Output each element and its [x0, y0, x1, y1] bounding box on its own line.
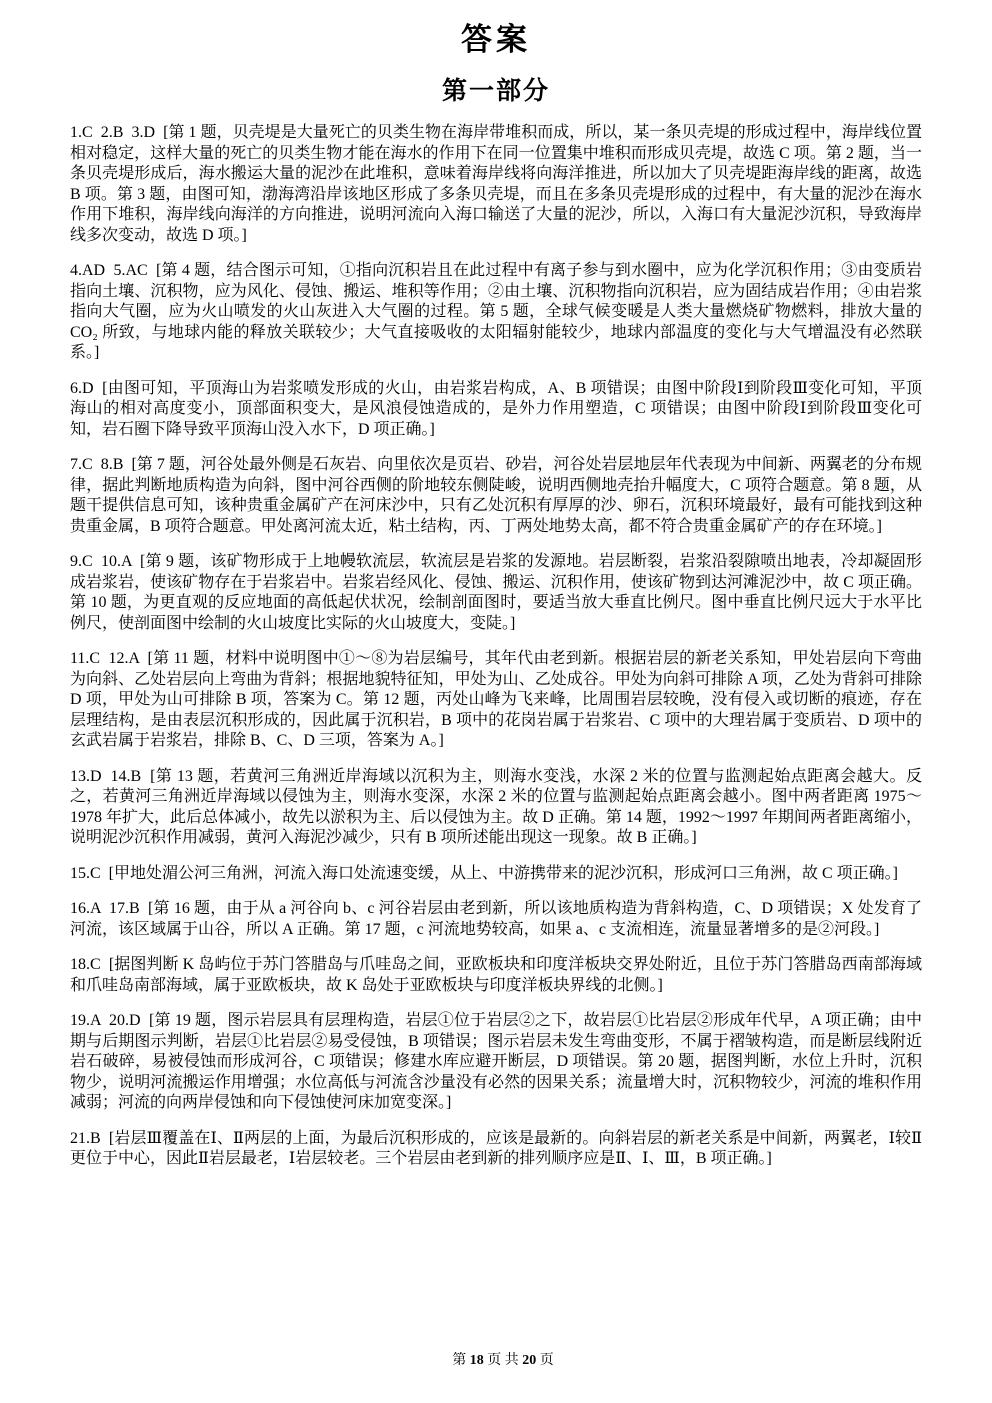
- answer-paragraph-q1-3: 1.C 2.B 3.D [第 1 题，贝壳堤是大量死亡的贝类生物在海岸带堆积而成…: [70, 123, 922, 246]
- answer-paragraph-q9-10: 9.C 10.A [第 9 题，该矿物形成于上地幔软流层，软流层是岩浆的发源地。…: [70, 552, 922, 634]
- footer-label-prefix: 第: [452, 1353, 470, 1368]
- footer-label-suffix: 页: [536, 1353, 554, 1368]
- answer-paragraph-q15: 15.C [甲地处湄公河三角洲，河流入海口处流速变缓，从上、中游携带来的泥沙沉积…: [70, 864, 922, 885]
- answer-paragraph-q16-17: 16.A 17.B [第 16 题，由于从 a 河谷向 b、c 河谷岩层由老到新…: [70, 899, 922, 940]
- page-footer: 第 18 页 共 20 页: [70, 1333, 922, 1385]
- answer-paragraph-q4-5: 4.AD 5.AC [第 4 题，结合图示可知，①指向沉积岩且在此过程中有离子参…: [70, 261, 922, 364]
- answer-paragraph-q21: 21.B [岩层Ⅲ覆盖在Ⅰ、Ⅱ两层的上面，为最后沉积形成的，应该是最新的。向斜岩…: [70, 1129, 922, 1170]
- section-title: 第一部分: [70, 71, 922, 107]
- answer-paragraph-q18: 18.C [据图判断 K 岛屿位于苏门答腊岛与爪哇岛之间，亚欧板块和印度洋板块交…: [70, 955, 922, 996]
- page-title: 答案: [70, 14, 922, 59]
- footer-current-page: 18: [470, 1353, 484, 1368]
- answer-paragraph-q13-14: 13.D 14.B [第 13 题，若黄河三角洲近岸海域以沉积为主，则海水变浅，…: [70, 767, 922, 849]
- answer-paragraph-q6: 6.D [由图可知，平顶海山为岩浆喷发形成的火山，由岩浆岩构成，A、B 项错误；…: [70, 379, 922, 441]
- answer-content: 1.C 2.B 3.D [第 1 题，贝壳堤是大量死亡的贝类生物在海岸带堆积而成…: [70, 123, 922, 1331]
- document-page: 答案 第一部分 1.C 2.B 3.D [第 1 题，贝壳堤是大量死亡的贝类生物…: [0, 0, 992, 1403]
- answer-paragraph-q19-20: 19.A 20.D [第 19 题，图示岩层具有层理构造，岩层①位于岩层②之下，…: [70, 1011, 922, 1114]
- footer-label-middle: 页 共: [484, 1353, 523, 1368]
- answer-paragraph-q11-12: 11.C 12.A [第 11 题，材料中说明图中①～⑧为岩层编号，其年代由老到…: [70, 649, 922, 752]
- footer-total-pages: 20: [522, 1353, 536, 1368]
- answer-paragraph-q7-8: 7.C 8.B [第 7 题，河谷处最外侧是石灰岩、向里依次是页岩、砂岩，河谷处…: [70, 455, 922, 537]
